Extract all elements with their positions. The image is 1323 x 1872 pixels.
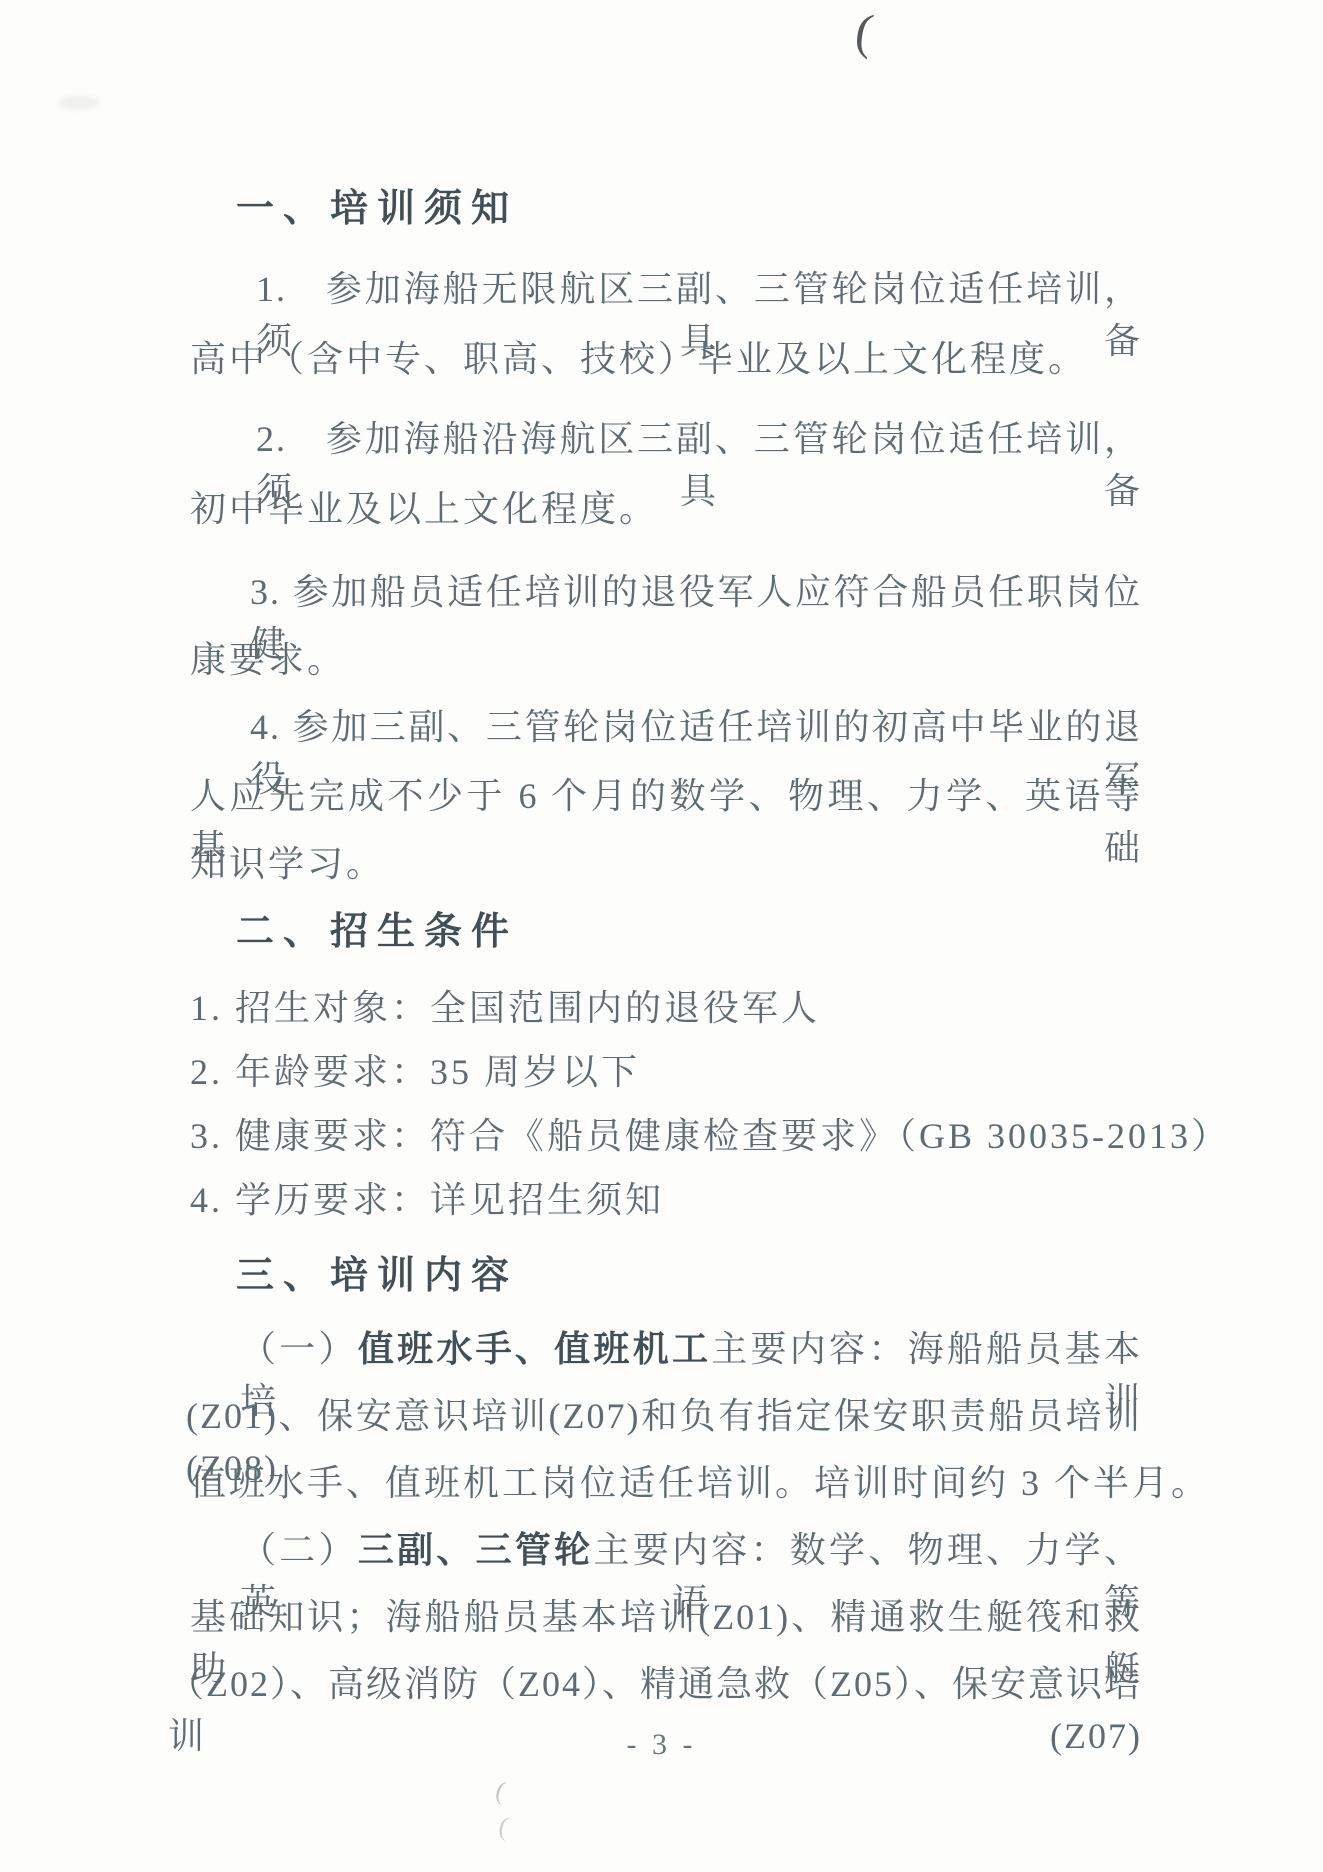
- doc-line: （Z02）、高级消防（Z04）、精通急救（Z05）、保安意识培训(Z07): [168, 1658, 1142, 1710]
- line-bold-roles: 值班水手、值班机工: [358, 1328, 711, 1369]
- section-heading-training-notes: 一、培训须知: [236, 183, 518, 235]
- page-number: - 3 -: [0, 1728, 1323, 1762]
- doc-line: 知识学习。: [190, 838, 385, 890]
- doc-line: (Z01)、保安意识培训(Z07)和负有指定保安职责船员培训(Z08)，: [186, 1390, 1142, 1442]
- document-page: ( 一、培训须知 1. 参加海船无限航区三副、三管轮岗位适任培训，须具备 高中（…: [0, 0, 1323, 1872]
- doc-line: 2. 年龄要求：35 周岁以下: [190, 1046, 640, 1098]
- doc-line: 基础知识；海船船员基本培训(Z01)、精通救生艇筏和救助艇: [190, 1591, 1142, 1643]
- scan-artifact-bottom-icon: (: [492, 1775, 508, 1806]
- doc-line: 康要求。: [190, 634, 346, 686]
- line-prefix: （一）: [240, 1329, 358, 1369]
- doc-line: 人应先完成不少于 6 个月的数学、物理、力学、英语等基础: [190, 770, 1142, 822]
- section-heading-training-content: 三、培训内容: [236, 1250, 518, 1302]
- doc-line: 3. 健康要求：符合《船员健康检查要求》（GB 30035-2013）: [190, 1110, 1230, 1162]
- doc-line: 4. 参加三副、三管轮岗位适任培训的初高中毕业的退役军: [250, 701, 1142, 753]
- section-heading-enrollment-conditions: 二、招生条件: [236, 906, 518, 958]
- doc-line: 初中毕业及以上文化程度。: [190, 483, 658, 535]
- line-bold-roles: 三副、三管轮: [358, 1529, 594, 1570]
- doc-line: 1. 招生对象：全国范围内的退役军人: [190, 982, 820, 1034]
- scan-artifact-bottom-icon: (: [496, 1811, 510, 1842]
- doc-line: 高中（含中专、职高、技校）毕业及以上文化程度。: [190, 333, 1087, 385]
- doc-line: 值班水手、值班机工岗位适任培训。培训时间约 3 个半月。: [190, 1457, 1210, 1509]
- doc-line: （一）值班水手、值班机工主要内容：海船船员基本培训: [240, 1323, 1142, 1375]
- line-prefix: （二）: [240, 1530, 358, 1570]
- doc-line: （二）三副、三管轮主要内容：数学、物理、力学、英语等: [240, 1524, 1142, 1576]
- scan-smudge: [58, 96, 100, 110]
- doc-line: 1. 参加海船无限航区三副、三管轮岗位适任培训，须具备: [256, 263, 1142, 315]
- doc-line: 4. 学历要求：详见招生须知: [190, 1174, 664, 1226]
- doc-line: 3. 参加船员适任培训的退役军人应符合船员任职岗位健: [250, 566, 1142, 618]
- scan-artifact-top-icon: (: [852, 1, 878, 61]
- doc-line: 2. 参加海船沿海航区三副、三管轮岗位适任培训，须具备: [256, 413, 1142, 465]
